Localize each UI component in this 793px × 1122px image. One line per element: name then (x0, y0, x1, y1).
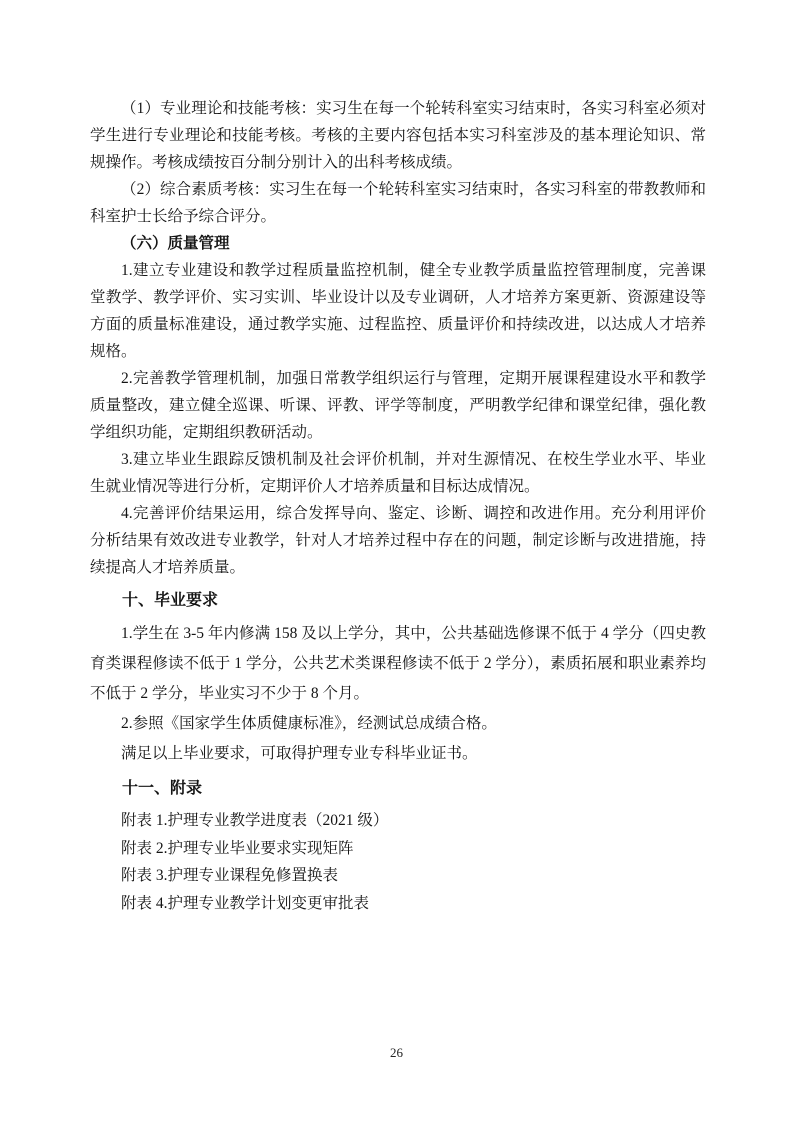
heading-appendix: 十一、附录 (90, 775, 706, 802)
paragraph-quality-4: 4.完善评价结果运用，综合发挥导向、鉴定、诊断、调控和改进作用。充分利用评价分析… (90, 500, 706, 581)
paragraph-quality-2: 2.完善教学管理机制，加强日常教学组织运行与管理，定期开展课程建设水平和教学质量… (90, 365, 706, 446)
paragraph-exam-quality: （2）综合素质考核：实习生在每一个轮转科室实习结束时，各实习科室的带教教师和科室… (90, 176, 706, 230)
paragraph-quality-1: 1.建立专业建设和教学过程质量监控机制，健全专业教学质量监控管理制度，完善课堂教… (90, 257, 706, 365)
paragraph-credits-requirement: 1.学生在 3-5 年内修满 158 及以上学分，其中，公共基础选修课不低于 4… (90, 619, 706, 709)
page-number: 26 (0, 1045, 793, 1061)
heading-quality-management: （六）质量管理 (90, 230, 706, 257)
paragraph-exam-theory: （1）专业理论和技能考核：实习生在每一个轮转科室实习结束时，各实习科室必须对学生… (90, 95, 706, 176)
appendix-item-2: 附表 2.护理专业毕业要求实现矩阵 (90, 835, 706, 863)
document-content: （1）专业理论和技能考核：实习生在每一个轮转科室实习结束时，各实习科室必须对学生… (90, 95, 706, 917)
appendix-item-1: 附表 1.护理专业教学进度表（2021 级） (90, 807, 706, 835)
paragraph-fitness-requirement: 2.参照《国家学生体质健康标准》，经测试总成绩合格。 (90, 709, 706, 739)
paragraph-quality-3: 3.建立毕业生跟踪反馈机制及社会评价机制，并对生源情况、在校生学业水平、毕业生就… (90, 446, 706, 500)
document-page: （1）专业理论和技能考核：实习生在每一个轮转科室实习结束时，各实习科室必须对学生… (0, 0, 793, 1122)
appendix-item-4: 附表 4.护理专业教学计划变更审批表 (90, 890, 706, 918)
appendix-item-3: 附表 3.护理专业课程免修置换表 (90, 862, 706, 890)
heading-graduation-requirements: 十、毕业要求 (90, 587, 706, 614)
paragraph-diploma-statement: 满足以上毕业要求，可取得护理专业专科毕业证书。 (90, 739, 706, 769)
